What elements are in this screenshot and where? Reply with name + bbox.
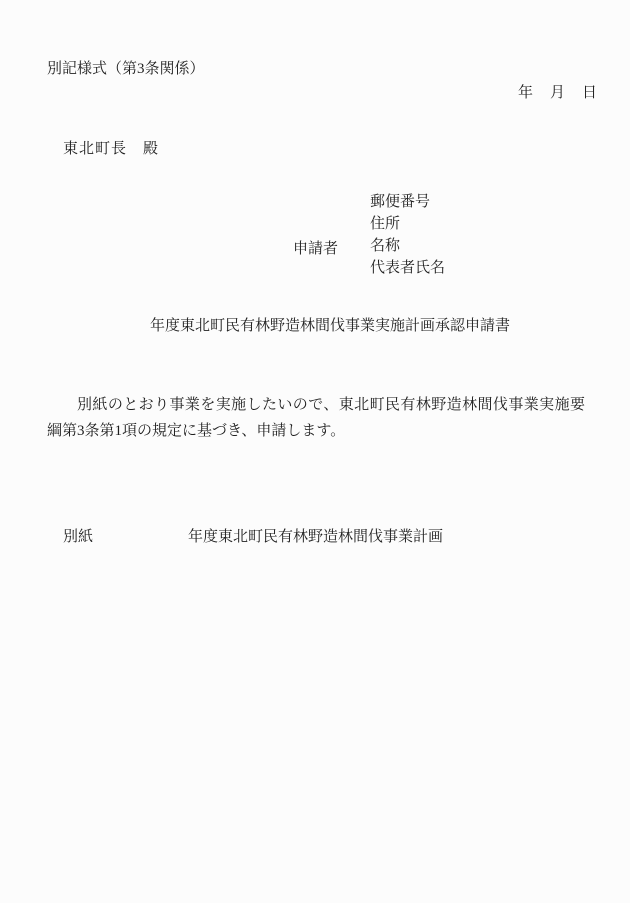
attachment-label: 別紙 [63,530,93,545]
body-paragraph: 別紙のとおり事業を実施したいので、東北町民有林野造林間伐事業実施要綱第3条第1項… [47,392,585,444]
applicant-field-representative: 代表者氏名 [370,257,445,279]
applicant-fields-block: 郵便番号 住所 名称 代表者氏名 [370,191,445,279]
applicant-field-postal-code: 郵便番号 [370,191,445,213]
document-title: 年度東北町民有林野造林間伐事業実施計画承認申請書 [0,319,630,334]
document-page: 別記様式（第3条関係） 年 月 日 東北町長 殿 申請者 郵便番号 住所 名称 … [0,0,630,903]
attachment-title: 年度東北町民有林野造林間伐事業計画 [188,530,443,545]
applicant-field-name: 名称 [370,235,445,257]
date-line: 年 月 日 [518,86,598,101]
applicant-field-address: 住所 [370,213,445,235]
addressee-line: 東北町長 殿 [63,142,159,157]
form-style-note: 別記様式（第3条関係） [47,62,205,77]
applicant-label: 申請者 [293,242,338,257]
